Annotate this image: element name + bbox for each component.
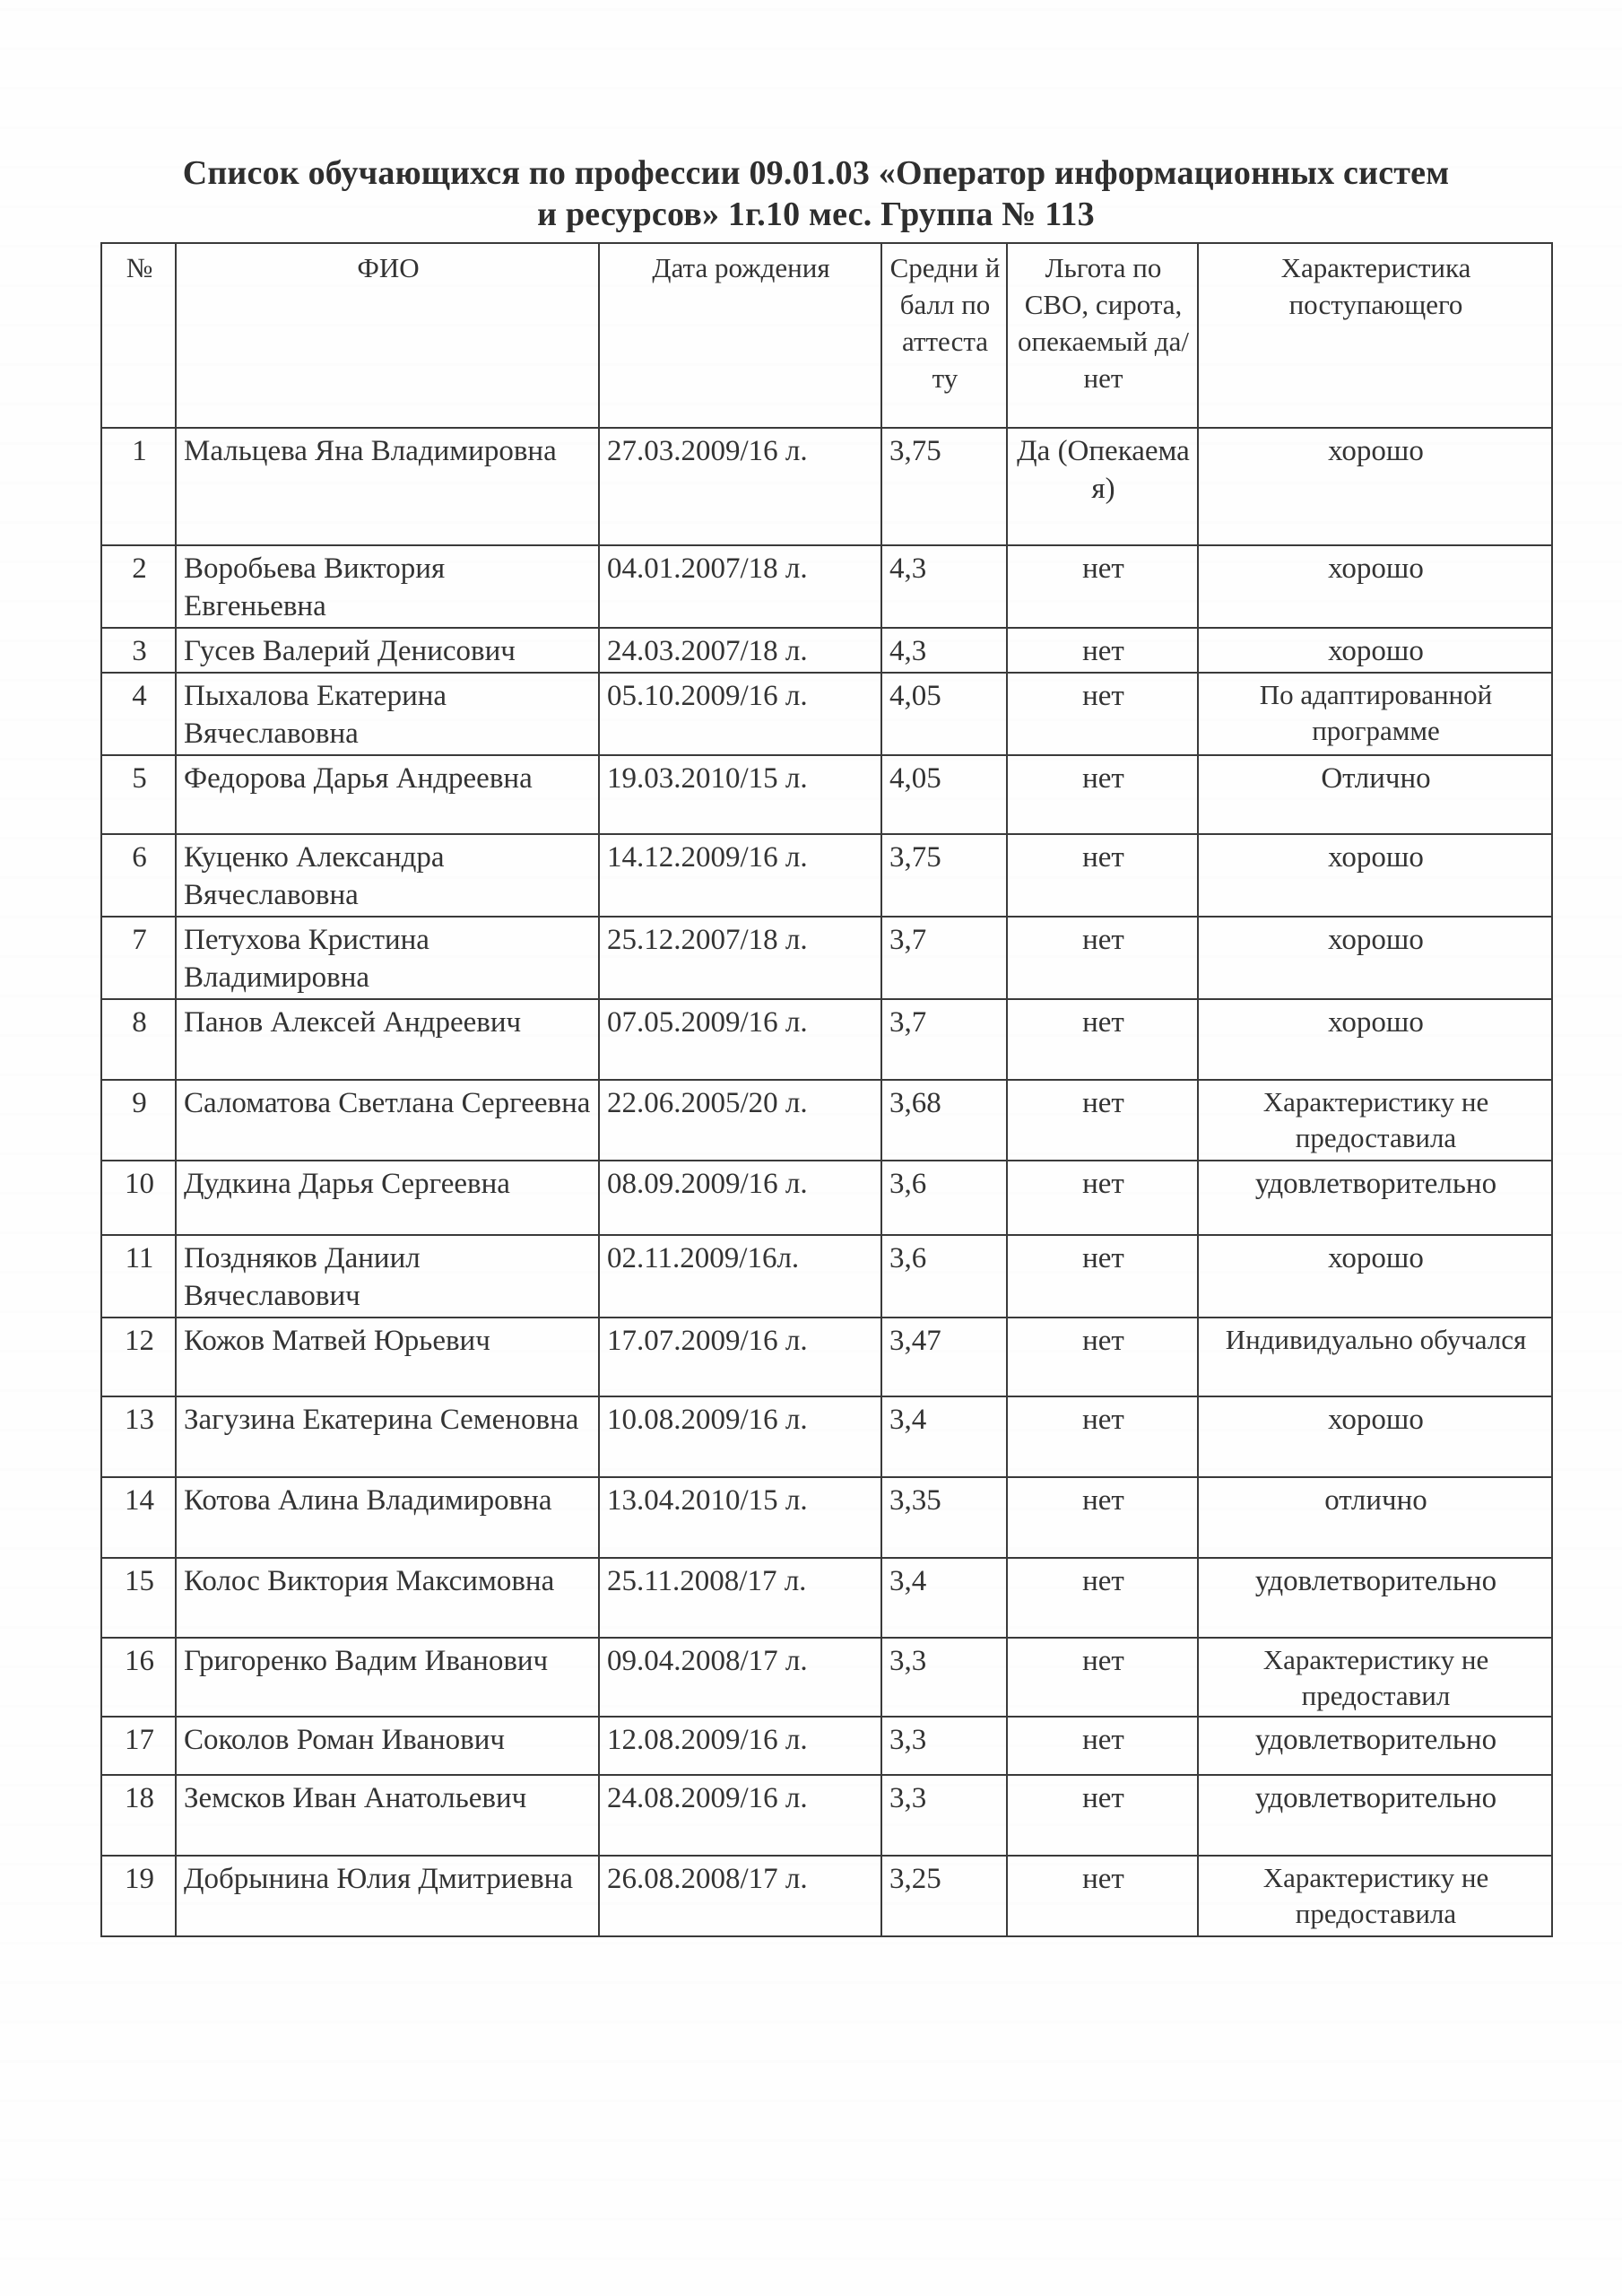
birth-date: 05.10.2009/16 л. <box>599 673 881 755</box>
row-number: 6 <box>101 834 176 917</box>
average-grade: 3,7 <box>881 917 1007 999</box>
row-number: 14 <box>101 1477 176 1558</box>
benefit-status: нет <box>1007 673 1198 755</box>
student-name: Загузина Екатерина Семеновна <box>176 1396 599 1477</box>
average-grade: 3,75 <box>881 834 1007 917</box>
average-grade: 3,7 <box>881 999 1007 1080</box>
row-number: 12 <box>101 1318 176 1396</box>
student-name: Добрынина Юлия Дмитриевна <box>176 1856 599 1936</box>
characteristic: хорошо <box>1198 999 1552 1080</box>
characteristic: хорошо <box>1198 545 1552 628</box>
benefit-status: нет <box>1007 755 1198 834</box>
row-number: 4 <box>101 673 176 755</box>
student-name: Петухова Кристина Владимировна <box>176 917 599 999</box>
student-name: Дудкина Дарья Сергеевна <box>176 1161 599 1235</box>
table-row: 1Мальцева Яна Владимировна27.03.2009/16 … <box>101 428 1552 545</box>
row-number: 18 <box>101 1775 176 1856</box>
student-roster-table: № ФИО Дата рождения Средни й балл по атт… <box>100 242 1553 1937</box>
benefit-status: нет <box>1007 1558 1198 1638</box>
birth-date: 10.08.2009/16 л. <box>599 1396 881 1477</box>
characteristic: хорошо <box>1198 834 1552 917</box>
average-grade: 3,75 <box>881 428 1007 545</box>
birth-date: 24.08.2009/16 л. <box>599 1775 881 1856</box>
student-name: Кожов Матвей Юрьевич <box>176 1318 599 1396</box>
birth-date: 08.09.2009/16 л. <box>599 1161 881 1235</box>
benefit-status: нет <box>1007 1396 1198 1477</box>
birth-date: 12.08.2009/16 л. <box>599 1717 881 1775</box>
student-name: Земсков Иван Анатольевич <box>176 1775 599 1856</box>
average-grade: 3,3 <box>881 1717 1007 1775</box>
benefit-status: Да (Опекаема я) <box>1007 428 1198 545</box>
average-grade: 4,05 <box>881 673 1007 755</box>
benefit-status: нет <box>1007 1775 1198 1856</box>
characteristic: удовлетворительно <box>1198 1558 1552 1638</box>
student-name: Саломатова Светлана Сергеевна <box>176 1080 599 1161</box>
table-row: 9Саломатова Светлана Сергеевна22.06.2005… <box>101 1080 1552 1161</box>
average-grade: 3,6 <box>881 1161 1007 1235</box>
header-number: № <box>101 243 176 428</box>
benefit-status: нет <box>1007 834 1198 917</box>
characteristic: Отлично <box>1198 755 1552 834</box>
table-header-row: № ФИО Дата рождения Средни й балл по атт… <box>101 243 1552 428</box>
characteristic: отлично <box>1198 1477 1552 1558</box>
table-row: 19Добрынина Юлия Дмитриевна26.08.2008/17… <box>101 1856 1552 1936</box>
table-row: 2Воробьева Виктория Евгеньевна04.01.2007… <box>101 545 1552 628</box>
student-name: Куценко Александра Вячеславовна <box>176 834 599 917</box>
birth-date: 27.03.2009/16 л. <box>599 428 881 545</box>
student-name: Воробьева Виктория Евгеньевна <box>176 545 599 628</box>
table-row: 17Соколов Роман Иванович12.08.2009/16 л.… <box>101 1717 1552 1775</box>
birth-date: 07.05.2009/16 л. <box>599 999 881 1080</box>
row-number: 13 <box>101 1396 176 1477</box>
row-number: 1 <box>101 428 176 545</box>
average-grade: 3,68 <box>881 1080 1007 1161</box>
scanned-page: Список обучающихся по профессии 09.01.03… <box>0 0 1622 2296</box>
row-number: 10 <box>101 1161 176 1235</box>
characteristic: Индивидуально обучался <box>1198 1318 1552 1396</box>
benefit-status: нет <box>1007 1235 1198 1318</box>
student-name: Панов Алексей Андреевич <box>176 999 599 1080</box>
average-grade: 4,05 <box>881 755 1007 834</box>
document-title: Список обучающихся по профессии 09.01.03… <box>90 152 1542 235</box>
characteristic: хорошо <box>1198 428 1552 545</box>
table-row: 16Григоренко Вадим Иванович09.04.2008/17… <box>101 1638 1552 1717</box>
student-name: Колос Виктория Максимовна <box>176 1558 599 1638</box>
benefit-status: нет <box>1007 1318 1198 1396</box>
student-name: Гусев Валерий Денисович <box>176 628 599 673</box>
benefit-status: нет <box>1007 1161 1198 1235</box>
table-row: 13Загузина Екатерина Семеновна10.08.2009… <box>101 1396 1552 1477</box>
average-grade: 3,35 <box>881 1477 1007 1558</box>
table-row: 10Дудкина Дарья Сергеевна08.09.2009/16 л… <box>101 1161 1552 1235</box>
birth-date: 24.03.2007/18 л. <box>599 628 881 673</box>
average-grade: 4,3 <box>881 545 1007 628</box>
birth-date: 02.11.2009/16л. <box>599 1235 881 1318</box>
benefit-status: нет <box>1007 1856 1198 1936</box>
row-number: 17 <box>101 1717 176 1775</box>
birth-date: 19.03.2010/15 л. <box>599 755 881 834</box>
birth-date: 13.04.2010/15 л. <box>599 1477 881 1558</box>
header-benefit: Льгота по СВО, сирота, опекаемый да/нет <box>1007 243 1198 428</box>
average-grade: 3,47 <box>881 1318 1007 1396</box>
row-number: 11 <box>101 1235 176 1318</box>
benefit-status: нет <box>1007 1638 1198 1717</box>
row-number: 16 <box>101 1638 176 1717</box>
student-name: Мальцева Яна Владимировна <box>176 428 599 545</box>
benefit-status: нет <box>1007 1717 1198 1775</box>
birth-date: 26.08.2008/17 л. <box>599 1856 881 1936</box>
header-average-grade: Средни й балл по аттеста ту <box>881 243 1007 428</box>
row-number: 15 <box>101 1558 176 1638</box>
characteristic: хорошо <box>1198 1235 1552 1318</box>
row-number: 7 <box>101 917 176 999</box>
benefit-status: нет <box>1007 999 1198 1080</box>
average-grade: 3,4 <box>881 1558 1007 1638</box>
title-line-2: и ресурсов» 1г.10 мес. Группа № 113 <box>90 194 1542 235</box>
table-row: 5Федорова Дарья Андреевна19.03.2010/15 л… <box>101 755 1552 834</box>
student-name: Григоренко Вадим Иванович <box>176 1638 599 1717</box>
average-grade: 3,3 <box>881 1775 1007 1856</box>
characteristic: хорошо <box>1198 917 1552 999</box>
characteristic: удовлетворительно <box>1198 1161 1552 1235</box>
characteristic: Характеристику не предоставила <box>1198 1080 1552 1161</box>
row-number: 2 <box>101 545 176 628</box>
table-row: 6Куценко Александра Вячеславовна14.12.20… <box>101 834 1552 917</box>
benefit-status: нет <box>1007 1080 1198 1161</box>
birth-date: 25.12.2007/18 л. <box>599 917 881 999</box>
average-grade: 4,3 <box>881 628 1007 673</box>
benefit-status: нет <box>1007 917 1198 999</box>
average-grade: 3,25 <box>881 1856 1007 1936</box>
header-birth-date: Дата рождения <box>599 243 881 428</box>
benefit-status: нет <box>1007 545 1198 628</box>
characteristic: По адаптированной программе <box>1198 673 1552 755</box>
table-row: 4Пыхалова Екатерина Вячеславовна05.10.20… <box>101 673 1552 755</box>
table-row: 3Гусев Валерий Денисович24.03.2007/18 л.… <box>101 628 1552 673</box>
header-characteristic: Характеристика поступающего <box>1198 243 1552 428</box>
row-number: 8 <box>101 999 176 1080</box>
header-full-name: ФИО <box>176 243 599 428</box>
characteristic: Характеристику не предоставил <box>1198 1638 1552 1717</box>
table-row: 11Поздняков Даниил Вячеславович02.11.200… <box>101 1235 1552 1318</box>
average-grade: 3,6 <box>881 1235 1007 1318</box>
table-row: 15Колос Виктория Максимовна25.11.2008/17… <box>101 1558 1552 1638</box>
birth-date: 14.12.2009/16 л. <box>599 834 881 917</box>
student-name: Поздняков Даниил Вячеславович <box>176 1235 599 1318</box>
table-row: 8Панов Алексей Андреевич07.05.2009/16 л.… <box>101 999 1552 1080</box>
student-name: Соколов Роман Иванович <box>176 1717 599 1775</box>
characteristic: Характеристику не предоставила <box>1198 1856 1552 1936</box>
benefit-status: нет <box>1007 1477 1198 1558</box>
table-row: 18Земсков Иван Анатольевич24.08.2009/16 … <box>101 1775 1552 1856</box>
row-number: 3 <box>101 628 176 673</box>
birth-date: 04.01.2007/18 л. <box>599 545 881 628</box>
characteristic: хорошо <box>1198 628 1552 673</box>
student-name: Пыхалова Екатерина Вячеславовна <box>176 673 599 755</box>
table-body: 1Мальцева Яна Владимировна27.03.2009/16 … <box>101 428 1552 1936</box>
row-number: 19 <box>101 1856 176 1936</box>
birth-date: 25.11.2008/17 л. <box>599 1558 881 1638</box>
characteristic: хорошо <box>1198 1396 1552 1477</box>
student-name: Котова Алина Владимировна <box>176 1477 599 1558</box>
birth-date: 17.07.2009/16 л. <box>599 1318 881 1396</box>
student-name: Федорова Дарья Андреевна <box>176 755 599 834</box>
benefit-status: нет <box>1007 628 1198 673</box>
average-grade: 3,4 <box>881 1396 1007 1477</box>
table-row: 12Кожов Матвей Юрьевич17.07.2009/16 л.3,… <box>101 1318 1552 1396</box>
table-row: 7Петухова Кристина Владимировна25.12.200… <box>101 917 1552 999</box>
title-line-1: Список обучающихся по профессии 09.01.03… <box>90 152 1542 194</box>
row-number: 9 <box>101 1080 176 1161</box>
birth-date: 09.04.2008/17 л. <box>599 1638 881 1717</box>
table-row: 14Котова Алина Владимировна13.04.2010/15… <box>101 1477 1552 1558</box>
row-number: 5 <box>101 755 176 834</box>
average-grade: 3,3 <box>881 1638 1007 1717</box>
birth-date: 22.06.2005/20 л. <box>599 1080 881 1161</box>
characteristic: удовлетворительно <box>1198 1717 1552 1775</box>
characteristic: удовлетворительно <box>1198 1775 1552 1856</box>
